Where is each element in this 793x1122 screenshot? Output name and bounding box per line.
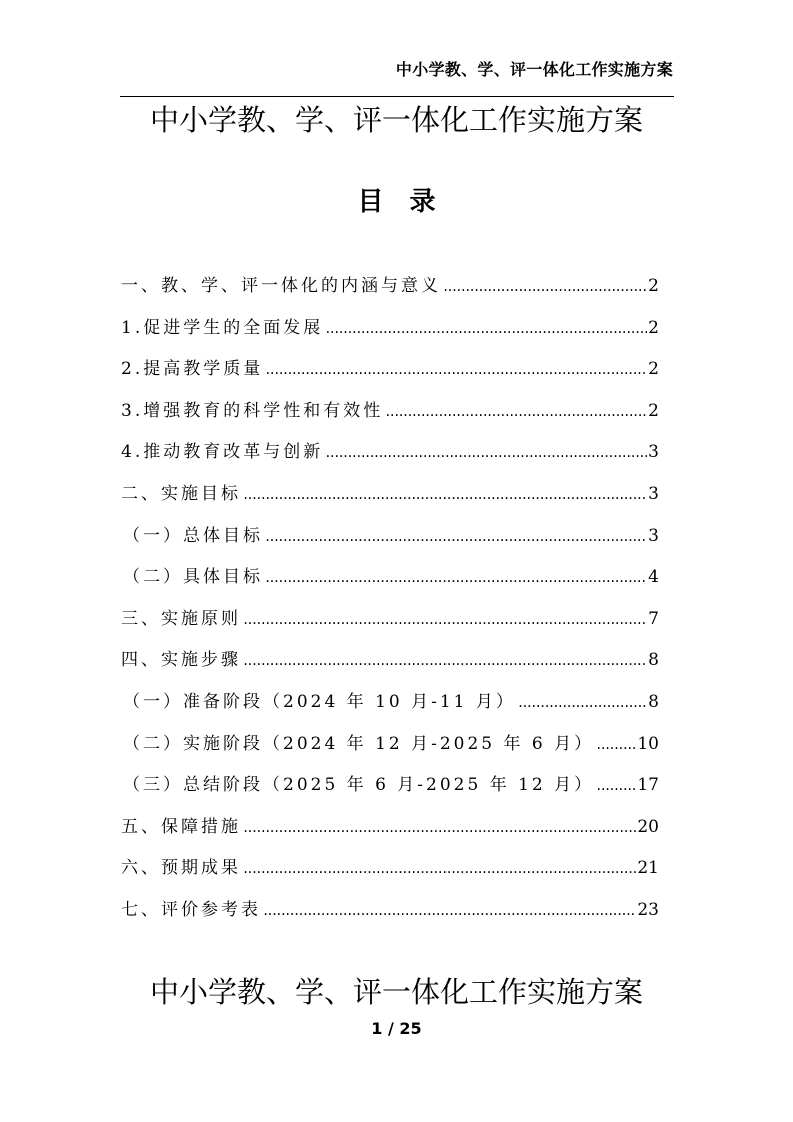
toc-leader-dots: ........................................… bbox=[242, 813, 636, 843]
toc-entry-page: 7 bbox=[648, 604, 659, 634]
toc-entry-page: 4 bbox=[648, 562, 659, 592]
toc-leader-dots: ........................................… bbox=[324, 314, 647, 344]
toc-entry-page: 23 bbox=[637, 895, 659, 925]
toc-entry-label: （二）实施阶段（2024 年 12 月-2025 年 6 月） bbox=[121, 729, 594, 759]
toc-entry-page: 2 bbox=[648, 354, 659, 384]
toc-entry[interactable]: 4.推动教育改革与创新 ............................… bbox=[121, 437, 659, 479]
toc-entry[interactable]: （二）具体目标 ................................… bbox=[121, 562, 659, 604]
section-title: 中小学教、学、评一体化工作实施方案 bbox=[0, 972, 793, 1012]
page-number-indicator: 1 / 25 bbox=[0, 1018, 793, 1040]
document-page: 中小学教、学、评一体化工作实施方案 中小学教、学、评一体化工作实施方案 目录 一… bbox=[0, 0, 793, 1122]
toc-entry-label: （三）总结阶段（2025 年 6 月-2025 年 12 月） bbox=[121, 770, 594, 800]
toc-entry-page: 2 bbox=[648, 396, 659, 426]
toc-leader-dots: ........................................… bbox=[595, 730, 636, 760]
toc-entry-label: 2.提高教学质量 bbox=[121, 354, 263, 384]
toc-entry-page: 17 bbox=[637, 770, 659, 800]
toc-heading-part2: 录 bbox=[410, 187, 436, 217]
toc-heading: 目录 bbox=[0, 182, 793, 222]
toc-entry[interactable]: 1.促进学生的全面发展 ............................… bbox=[121, 313, 659, 355]
toc-entry[interactable]: 五、保障措施 .................................… bbox=[121, 812, 659, 854]
toc-entry-page: 2 bbox=[648, 313, 659, 343]
toc-entry-page: 8 bbox=[648, 687, 659, 717]
toc-leader-dots: ........................................… bbox=[264, 563, 647, 593]
toc-leader-dots: ........................................… bbox=[242, 854, 636, 884]
toc-leader-dots: ........................................… bbox=[264, 522, 647, 552]
running-header: 中小学教、学、评一体化工作实施方案 bbox=[396, 57, 673, 80]
toc-entry-label: 1.促进学生的全面发展 bbox=[121, 313, 323, 343]
toc-leader-dots: ........................................… bbox=[324, 438, 647, 468]
toc-entry-page: 3 bbox=[648, 521, 659, 551]
toc-entry-page: 10 bbox=[637, 729, 659, 759]
toc-entry-label: 一、教、学、评一体化的内涵与意义 bbox=[121, 271, 441, 301]
toc-entry-page: 3 bbox=[648, 437, 659, 467]
toc-leader-dots: ........................................… bbox=[595, 771, 636, 801]
toc-entry[interactable]: 二、实施目标 .................................… bbox=[121, 479, 659, 521]
toc-leader-dots: ........................................… bbox=[384, 397, 647, 427]
toc-heading-part1: 目 bbox=[357, 187, 383, 217]
toc-entry-page: 3 bbox=[648, 479, 659, 509]
toc-entry-label: 二、实施目标 bbox=[121, 479, 241, 509]
toc-entry-label: 3.增强教育的科学性和有效性 bbox=[121, 396, 383, 426]
document-title: 中小学教、学、评一体化工作实施方案 bbox=[0, 100, 793, 140]
toc-entry-label: 4.推动教育改革与创新 bbox=[121, 437, 323, 467]
toc-entry[interactable]: （一）总体目标 ................................… bbox=[121, 521, 659, 563]
toc-entry[interactable]: 三、实施原则 .................................… bbox=[121, 604, 659, 646]
toc-entry-label: （二）具体目标 bbox=[121, 562, 263, 592]
toc-entry[interactable]: 七、评价参考表 ................................… bbox=[121, 895, 659, 937]
toc-leader-dots: ........................................… bbox=[242, 646, 647, 676]
toc-entry-label: 五、保障措施 bbox=[121, 812, 241, 842]
toc-leader-dots: ........................................… bbox=[517, 688, 647, 718]
table-of-contents: 一、教、学、评一体化的内涵与意义 .......................… bbox=[121, 271, 659, 937]
toc-entry[interactable]: 2.提高教学质量 ...............................… bbox=[121, 354, 659, 396]
toc-entry[interactable]: （三）总结阶段（2025 年 6 月-2025 年 12 月） ........… bbox=[121, 770, 659, 812]
toc-entry[interactable]: 一、教、学、评一体化的内涵与意义 .......................… bbox=[121, 271, 659, 313]
toc-entry[interactable]: （二）实施阶段（2024 年 12 月-2025 年 6 月） ........… bbox=[121, 729, 659, 771]
toc-entry-label: 三、实施原则 bbox=[121, 604, 241, 634]
toc-leader-dots: ........................................… bbox=[242, 605, 647, 635]
toc-entry-label: （一）准备阶段（2024 年 10 月-11 月） bbox=[121, 687, 516, 717]
header-divider bbox=[120, 96, 674, 97]
toc-entry-page: 21 bbox=[637, 853, 659, 883]
toc-leader-dots: ........................................… bbox=[442, 272, 647, 302]
toc-entry-label: （一）总体目标 bbox=[121, 521, 263, 551]
toc-leader-dots: ........................................… bbox=[264, 355, 647, 385]
toc-entry-label: 四、实施步骤 bbox=[121, 645, 241, 675]
toc-entry[interactable]: （一）准备阶段（2024 年 10 月-11 月） ..............… bbox=[121, 687, 659, 729]
toc-entry[interactable]: 六、预期成果 .................................… bbox=[121, 853, 659, 895]
toc-leader-dots: ........................................… bbox=[242, 480, 647, 510]
toc-entry-page: 2 bbox=[648, 271, 659, 301]
toc-entry[interactable]: 四、实施步骤 .................................… bbox=[121, 645, 659, 687]
toc-entry-label: 七、评价参考表 bbox=[121, 895, 261, 925]
toc-leader-dots: ........................................… bbox=[262, 896, 636, 926]
toc-entry-label: 六、预期成果 bbox=[121, 853, 241, 883]
toc-entry-page: 20 bbox=[637, 812, 659, 842]
toc-entry[interactable]: 3.增强教育的科学性和有效性 .........................… bbox=[121, 396, 659, 438]
toc-entry-page: 8 bbox=[648, 645, 659, 675]
